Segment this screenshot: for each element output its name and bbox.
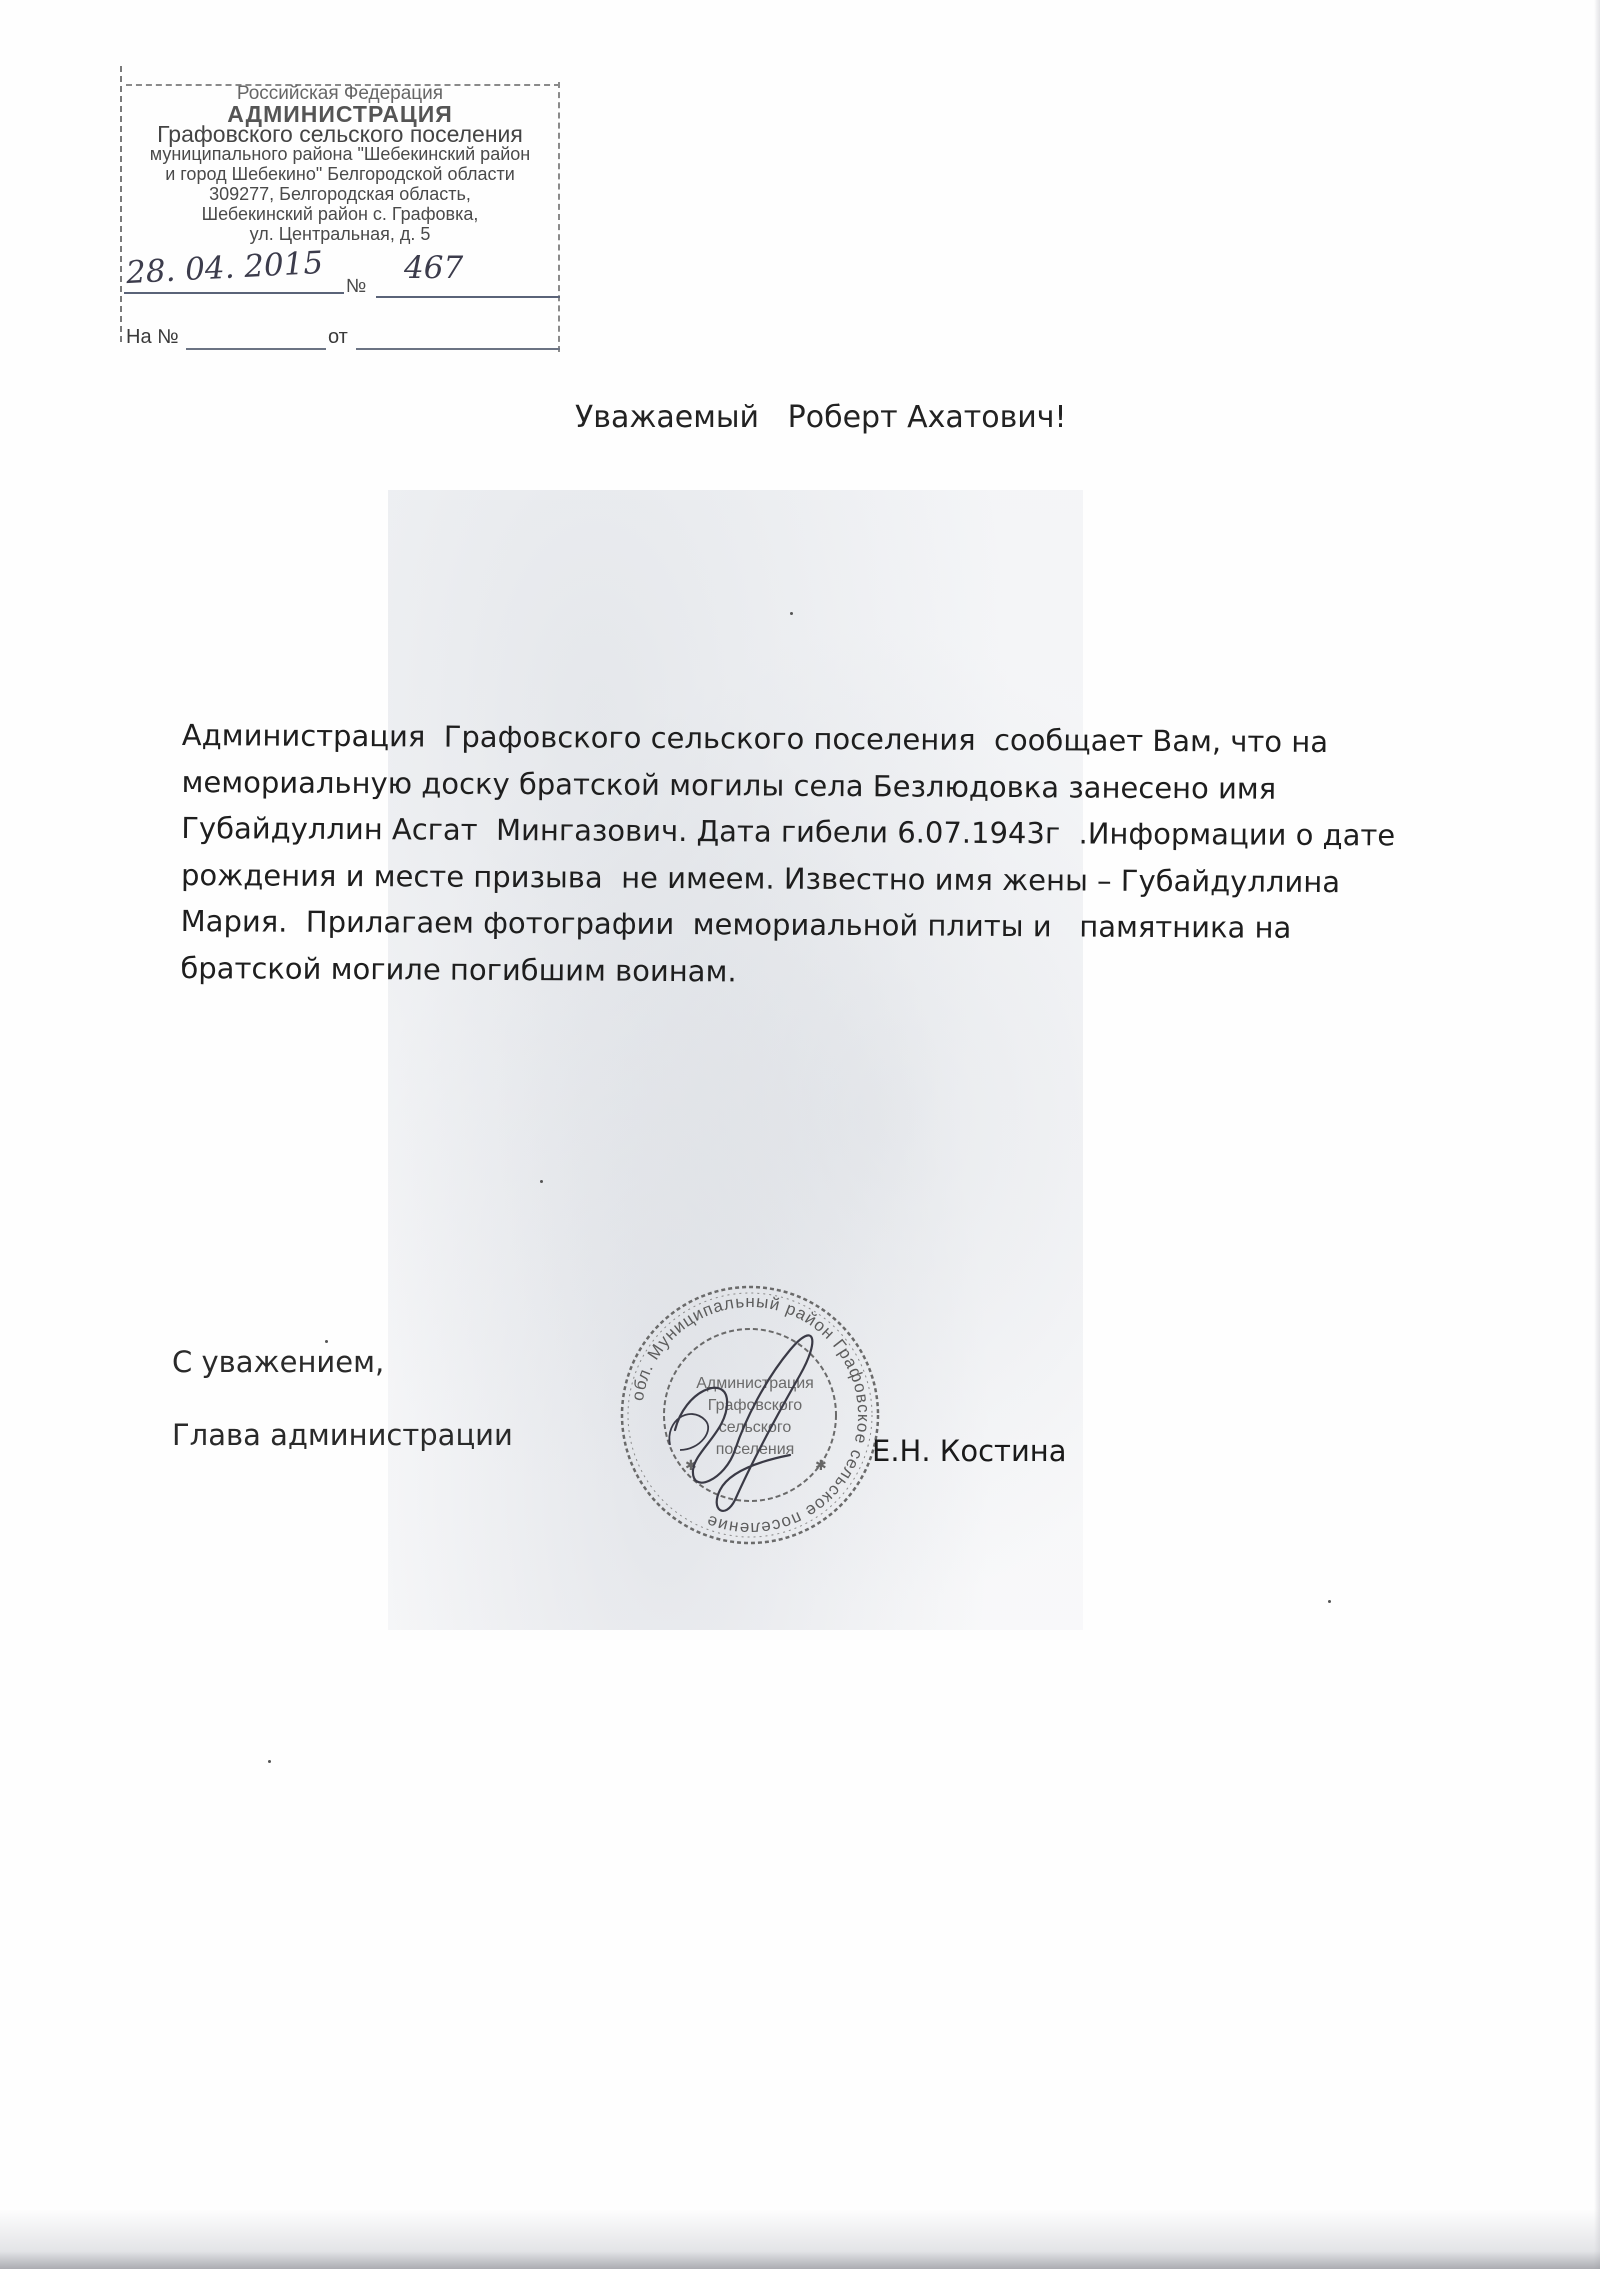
seal-inner-line: сельского	[719, 1419, 792, 1436]
stamp-district: муниципального района "Шебекинский район	[120, 144, 560, 164]
official-seal: обл. Муниципальный район Графовское сель…	[615, 1280, 885, 1550]
stamp-region: и город Шебекино" Белгородской области	[120, 164, 560, 184]
body-line: Губайдуллин Асгат Мингазович. Дата гибел…	[181, 805, 1461, 859]
stamp-address-1: 309277, Белгородская область,	[120, 184, 560, 204]
number-underline	[376, 296, 560, 298]
scan-speck	[268, 1760, 271, 1763]
scanned-page: Российская Федерация АДМИНИСТРАЦИЯ Графо…	[0, 0, 1600, 2269]
scan-speck	[325, 1340, 328, 1343]
registration-row: 28. 04. 2015 № 467	[124, 250, 560, 300]
body-line: Мария. Прилагаем фотографии мемориальной…	[181, 898, 1461, 952]
date-underline	[124, 292, 344, 294]
body-line: мемориальную доску братской могилы села …	[181, 759, 1461, 813]
body-line: рождения и месте призыва не имеем. Извес…	[181, 852, 1461, 906]
letter-body: Администрация Графовского сельского посе…	[180, 712, 1462, 999]
reference-row: На № от	[124, 326, 560, 356]
body-line: братской могиле погибшим воинам.	[180, 945, 1460, 999]
scan-speck	[790, 612, 793, 615]
greeting: Уважаемый Роберт Ахатович!	[575, 400, 1067, 435]
seal-icon: обл. Муниципальный район Графовское сель…	[615, 1280, 885, 1550]
closing: С уважением,	[172, 1345, 384, 1379]
scan-speck	[540, 1180, 543, 1183]
stamp-address-3: ул. Центральная, д. 5	[120, 224, 560, 244]
body-line: Администрация Графовского сельского посе…	[182, 712, 1462, 766]
stamp-address-2: Шебекинский район с. Графовка,	[120, 204, 560, 224]
signatory-name: Е.Н. Костина	[872, 1434, 1067, 1468]
scan-right-edge	[1594, 0, 1600, 2269]
reference-date-line	[356, 348, 560, 350]
stamp-settlement: Графовского сельского поселения	[120, 124, 560, 144]
reference-from-label: от	[328, 326, 348, 349]
registration-stamp: Российская Федерация АДМИНИСТРАЦИЯ Графо…	[120, 62, 560, 362]
signatory-position: Глава администрации	[172, 1418, 513, 1452]
registration-number: 467	[404, 250, 463, 286]
registration-date: 28. 04. 2015	[125, 245, 324, 291]
seal-inner-line: поселения	[716, 1441, 795, 1458]
reference-number-line	[186, 348, 326, 350]
number-label: №	[346, 276, 366, 298]
scan-bottom-edge	[0, 2209, 1600, 2269]
stamp-header: Российская Федерация АДМИНИСТРАЦИЯ Графо…	[120, 84, 560, 244]
reference-label: На №	[126, 326, 179, 349]
svg-text:✱: ✱	[815, 1458, 827, 1474]
scan-speck	[1328, 1600, 1331, 1603]
